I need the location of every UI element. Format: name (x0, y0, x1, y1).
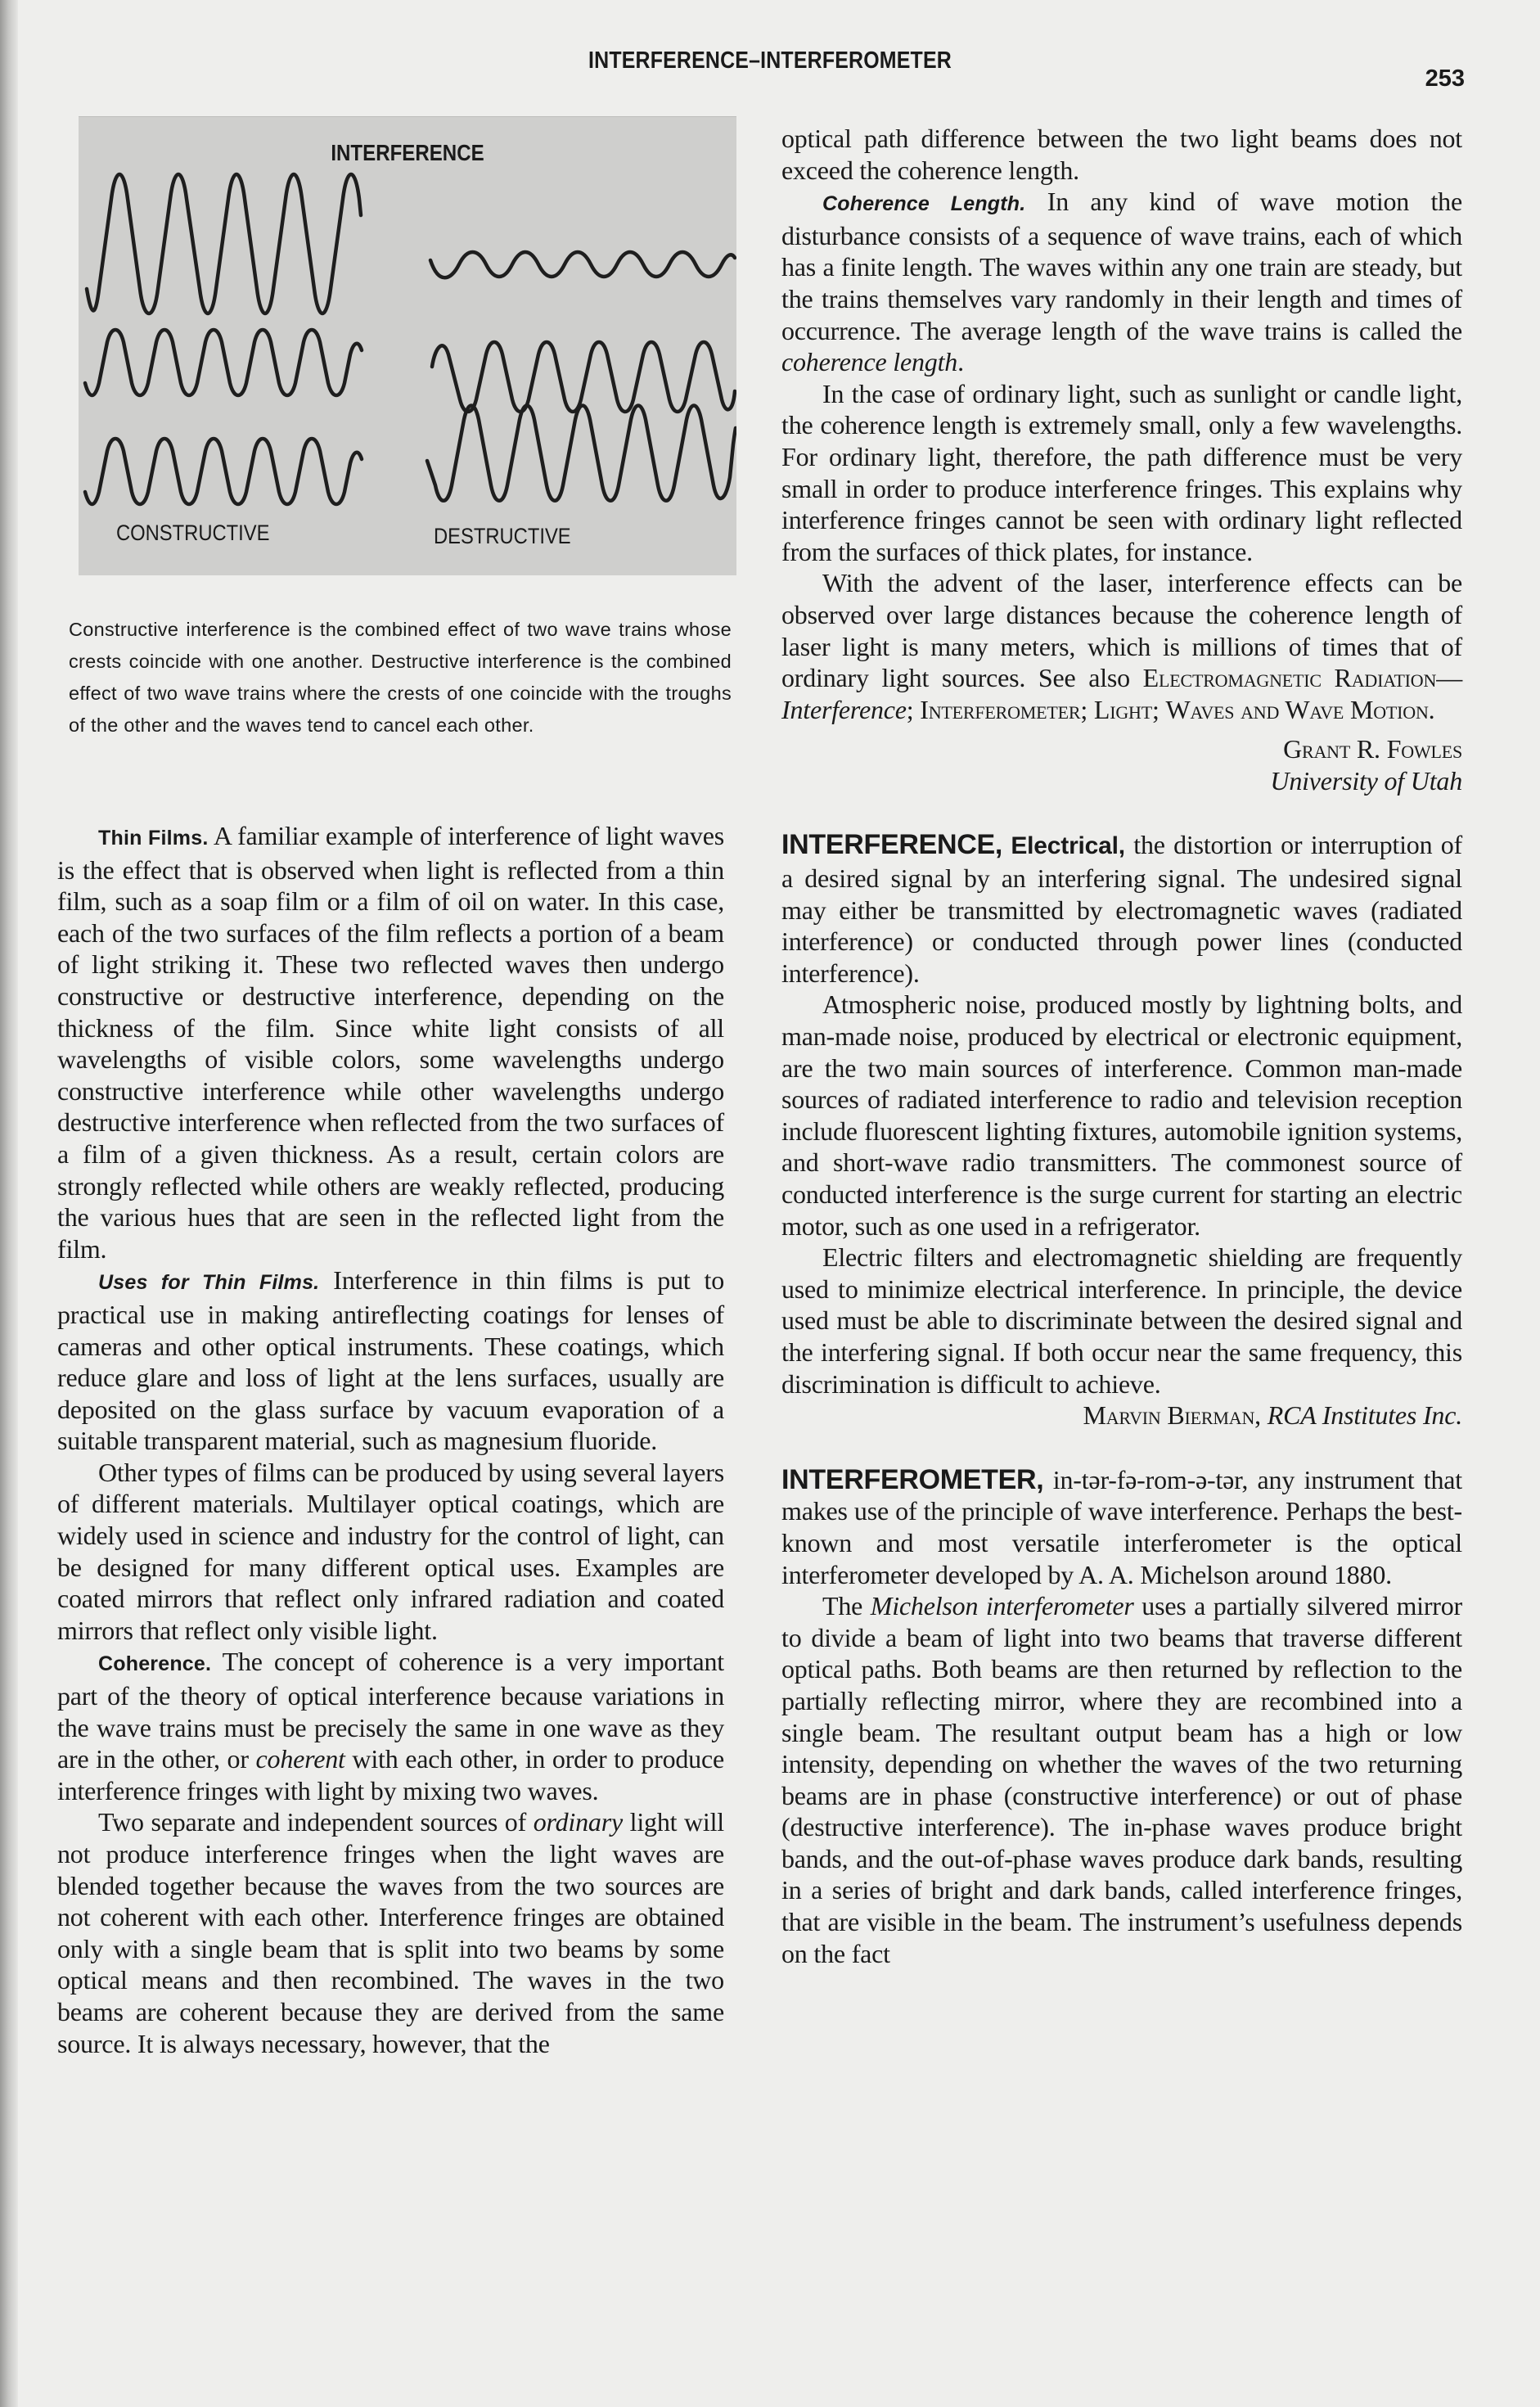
paragraph-laser: With the advent of the laser, interferen… (781, 567, 1462, 725)
entry-heading-interferometer: INTERFEROMETER, (781, 1464, 1043, 1495)
author-signature-2: Marvin Bierman, RCA Institutes Inc. (781, 1400, 1462, 1431)
entry-interference-electrical: INTERFERENCE, Electrical, the distortion… (781, 829, 1462, 989)
constructive-component-wave-1 (85, 330, 362, 395)
cross-reference-light[interactable]: Light (1094, 695, 1152, 724)
author-affiliation-1: University of Utah (781, 765, 1462, 797)
paragraph-uses-for-thin-films: Uses for Thin Films. Interference in thi… (57, 1264, 724, 1457)
entry-subheading-electrical: Electrical, (1011, 832, 1125, 859)
constructive-resultant-wave (87, 174, 361, 313)
paragraph-two-sources: Two separate and independent sources of … (57, 1806, 724, 2059)
paragraph-continuation: optical path difference between the two … (781, 123, 1462, 186)
section-heading-coherence-length: Coherence Length. (822, 192, 1025, 215)
cross-reference-electromagnetic-radiation[interactable]: Electromagnetic Radiation (1143, 663, 1437, 692)
left-column: Thin Films. A familiar example of interf… (57, 820, 724, 2059)
constructive-component-wave-2 (85, 439, 362, 504)
destructive-component-wave-2 (427, 406, 736, 501)
interference-figure: INTERFERENCE CONSTRUCTIVE DESTRUCTIVE (79, 116, 736, 575)
paragraph-michelson: The Michelson interferometer uses a part… (781, 1590, 1462, 1969)
paragraph-coherence-length: Coherence Length. In any kind of wave mo… (781, 186, 1462, 378)
author-signature-1: Grant R. Fowles (781, 733, 1462, 765)
book-spine-shadow (0, 0, 18, 2407)
paragraph-electric-filters: Electric filters and electromagnetic shi… (781, 1242, 1462, 1400)
wave-diagram (79, 117, 736, 575)
figure-caption: Constructive interference is the combine… (69, 614, 732, 741)
entry-heading-interference: INTERFERENCE, (781, 829, 1002, 860)
paragraph-thin-films: Thin Films. A familiar example of interf… (57, 820, 724, 1264)
section-heading-thin-films: Thin Films. (98, 827, 208, 850)
paragraph-atmospheric-noise: Atmospheric noise, produced mostly by li… (781, 989, 1462, 1242)
section-heading-uses-for-thin-films: Uses for Thin Films. (98, 1271, 319, 1294)
section-heading-coherence: Coherence. (98, 1652, 211, 1675)
page-number: 253 (1425, 65, 1465, 92)
destructive-component-wave-1 (432, 342, 735, 412)
running-head: INTERFERENCE–INTERFEROMETER (108, 47, 1433, 74)
destructive-label: DESTRUCTIVE (434, 524, 571, 549)
cross-reference-waves[interactable]: Waves and Wave Motion (1165, 695, 1428, 724)
paragraph-other-types: Other types of films can be produced by … (57, 1457, 724, 1647)
right-column: optical path difference between the two … (781, 123, 1462, 1969)
entry-interferometer: INTERFEROMETER, in-tər-fə-rom-ə-tər, any… (781, 1464, 1462, 1590)
constructive-label: CONSTRUCTIVE (116, 521, 269, 546)
paragraph-coherence: Coherence. The concept of coherence is a… (57, 1646, 724, 1806)
pronunciation: in-tər-fə-rom-ə-tər, (1053, 1465, 1248, 1494)
paragraph-ordinary-light: In the case of ordinary light, such as s… (781, 378, 1462, 568)
cross-reference-interferometer[interactable]: Interferometer (920, 695, 1080, 724)
destructive-resultant-wave (430, 252, 735, 277)
